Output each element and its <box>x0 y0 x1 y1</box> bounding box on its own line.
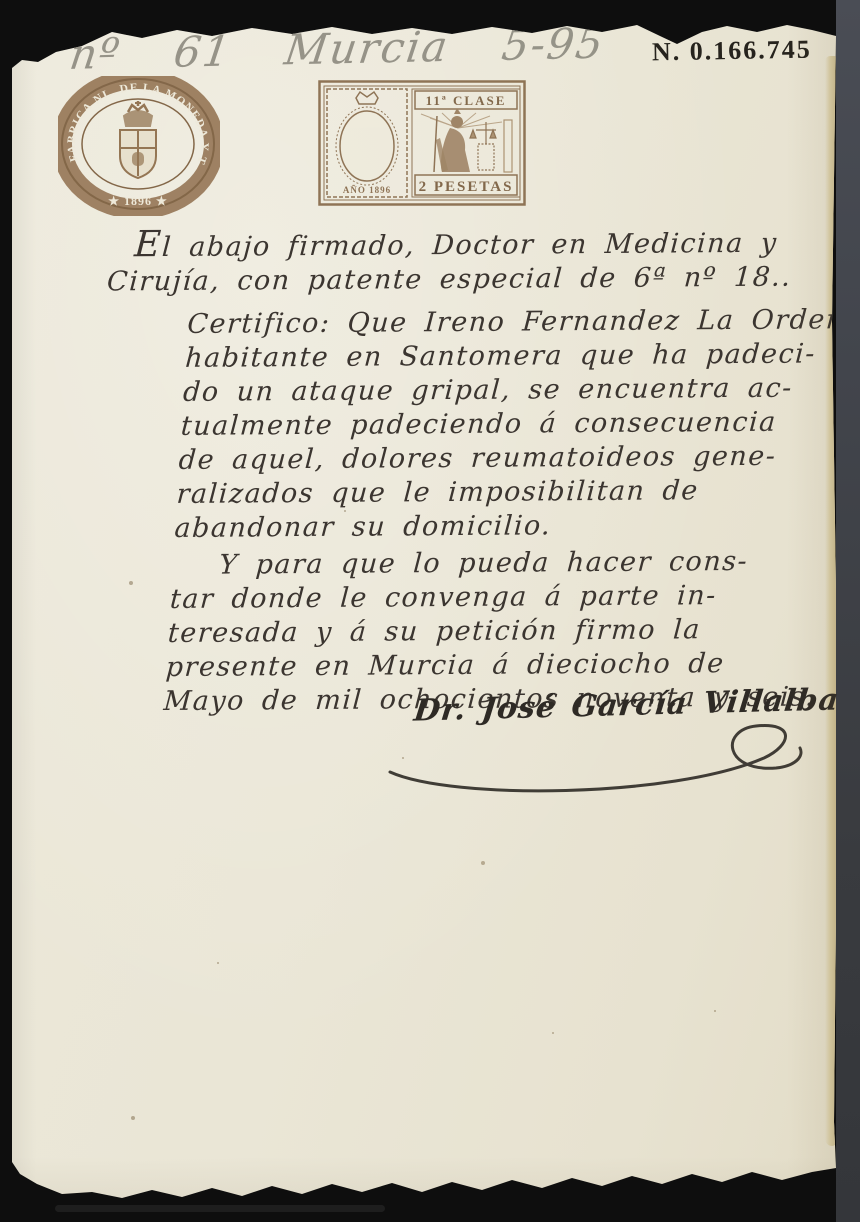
body-line: Certifico: Que Ireno Fernandez La Orden <box>186 303 821 341</box>
body-line: El abajo firmado, Doctor en Medicina y <box>133 223 826 265</box>
body-line: Y para que lo pueda hacer cons- <box>218 545 806 583</box>
body-line: presente en Murcia á dieciocho de <box>165 647 800 685</box>
background-streak <box>55 1205 385 1212</box>
document-page: nº 61 Murcia 5-95 N. 0.166.745 FABRICA N… <box>12 22 836 1204</box>
body-line: do un ataque gripal, se encuentra ac- <box>182 371 817 409</box>
body-line: teresada y á su petición firmo la <box>167 613 802 651</box>
stamp-left-panel: AÑO 1896 <box>327 89 407 197</box>
background-right-strip <box>836 0 860 1222</box>
body-line: ralizados que le imposibilitan de <box>176 474 811 512</box>
paper-foxing-speckles <box>12 22 14 24</box>
fiscal-stamp: AÑO 1896 11ª CLASE 2 PESETAS <box>318 80 526 206</box>
body-line: Cirujía, con patente especial de 6ª nº 1… <box>106 260 824 299</box>
page-deckle-edge <box>825 56 836 1146</box>
handwritten-archive-note: nº 61 Murcia 5-95 <box>67 18 634 79</box>
mint-seal: FABRICA NL. DE LA MONEDA Y TIMBRE ★ 1896… <box>58 76 220 216</box>
stamp-value-label: 2 PESETAS <box>419 179 514 195</box>
signature-flourish <box>372 710 822 805</box>
certificate-body: El abajo firmado, Doctor en Medicina y C… <box>80 223 827 719</box>
seal-year: ★ 1896 ★ <box>108 194 168 208</box>
coat-of-arms <box>120 101 156 178</box>
body-line: tualmente padeciendo á consecuencia <box>180 405 815 443</box>
body-line: habitante en Santomera que ha padeci- <box>184 337 819 375</box>
body-line: tar donde le convenga á parte in- <box>169 579 804 617</box>
stamp-column <box>504 120 512 172</box>
stamp-scales <box>470 122 496 170</box>
body-line: de aquel, dolores reumatoideos gene- <box>178 439 813 477</box>
stamp-class-label: 11ª CLASE <box>426 93 507 108</box>
stamp-right-panel: 11ª CLASE 2 PESETAS <box>412 89 520 197</box>
body-line: abandonar su domicilio. <box>173 508 808 546</box>
stamp-allegorical-figure <box>434 108 470 172</box>
stamp-year-label: AÑO 1896 <box>343 185 391 195</box>
serial-number: N. 0.166.745 <box>652 35 812 68</box>
